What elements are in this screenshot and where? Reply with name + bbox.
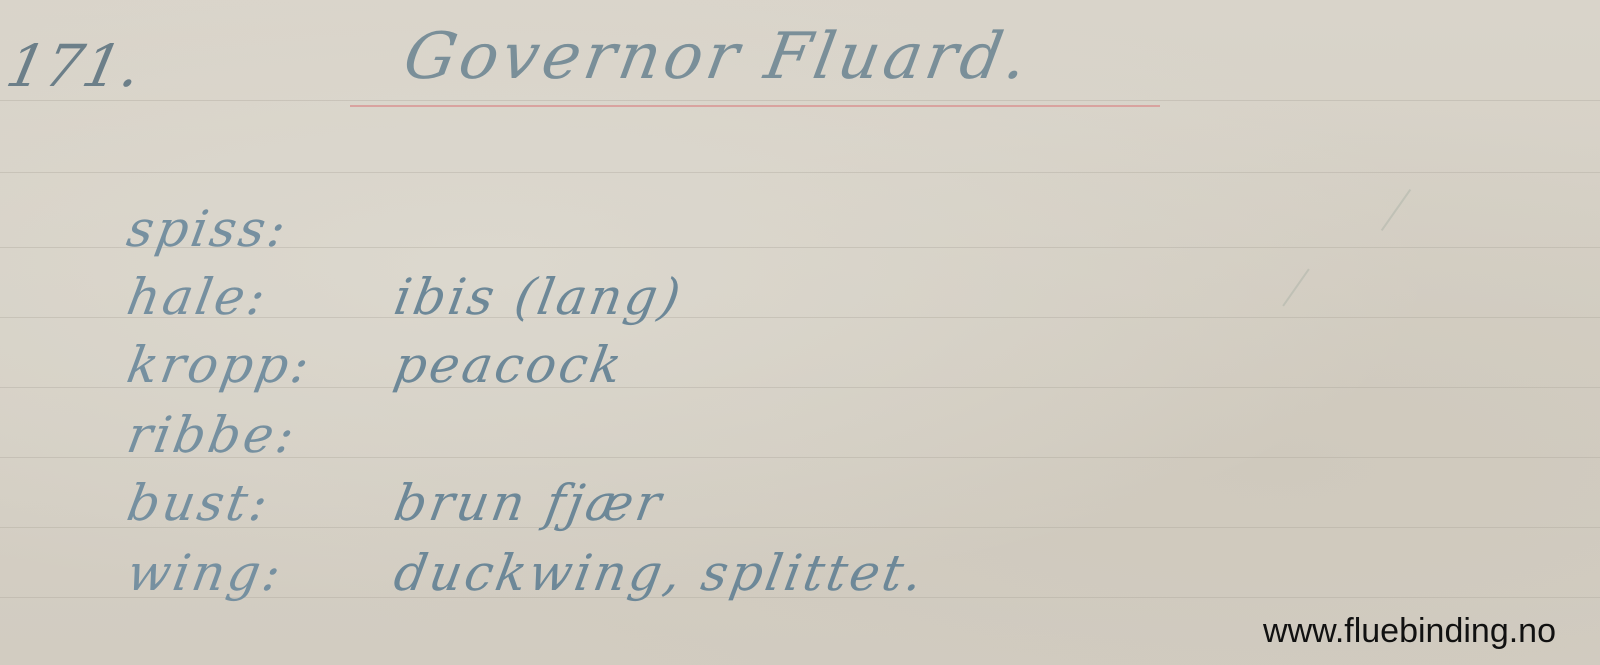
field-value: brun fjær (390, 474, 668, 532)
field-label: wing: (123, 544, 288, 602)
field-row-hale: hale: ibis (lang) (0, 268, 1200, 338)
field-value: duckwing, splittet. (390, 544, 930, 602)
field-label: spiss: (123, 200, 293, 258)
field-label: hale: (123, 268, 273, 326)
ruled-line (0, 100, 1600, 101)
field-row-bust: bust: brun fjær (0, 474, 1200, 544)
field-row-spiss: spiss: (0, 200, 1200, 270)
field-label: kropp: (123, 336, 316, 394)
field-label: ribbe: (123, 406, 302, 464)
field-row-wing: wing: duckwing, splittet. (0, 544, 1200, 614)
field-label: bust: (123, 474, 275, 532)
ruled-line (0, 172, 1600, 173)
watermark-link[interactable]: www.fluebinding.no (1263, 612, 1556, 651)
handwritten-page: 171. Governor Fluard. spiss: hale: ibis … (0, 0, 1600, 665)
stray-mark (1381, 189, 1411, 231)
title-underline (350, 105, 1160, 107)
stray-mark (1282, 268, 1309, 306)
field-row-kropp: kropp: peacock (0, 336, 1200, 406)
entry-number: 171. (1, 32, 149, 100)
field-row-ribbe: ribbe: (0, 406, 1200, 476)
field-value: ibis (lang) (390, 268, 688, 326)
page-title: Governor Fluard. (398, 20, 1036, 94)
field-value: peacock (390, 336, 629, 394)
